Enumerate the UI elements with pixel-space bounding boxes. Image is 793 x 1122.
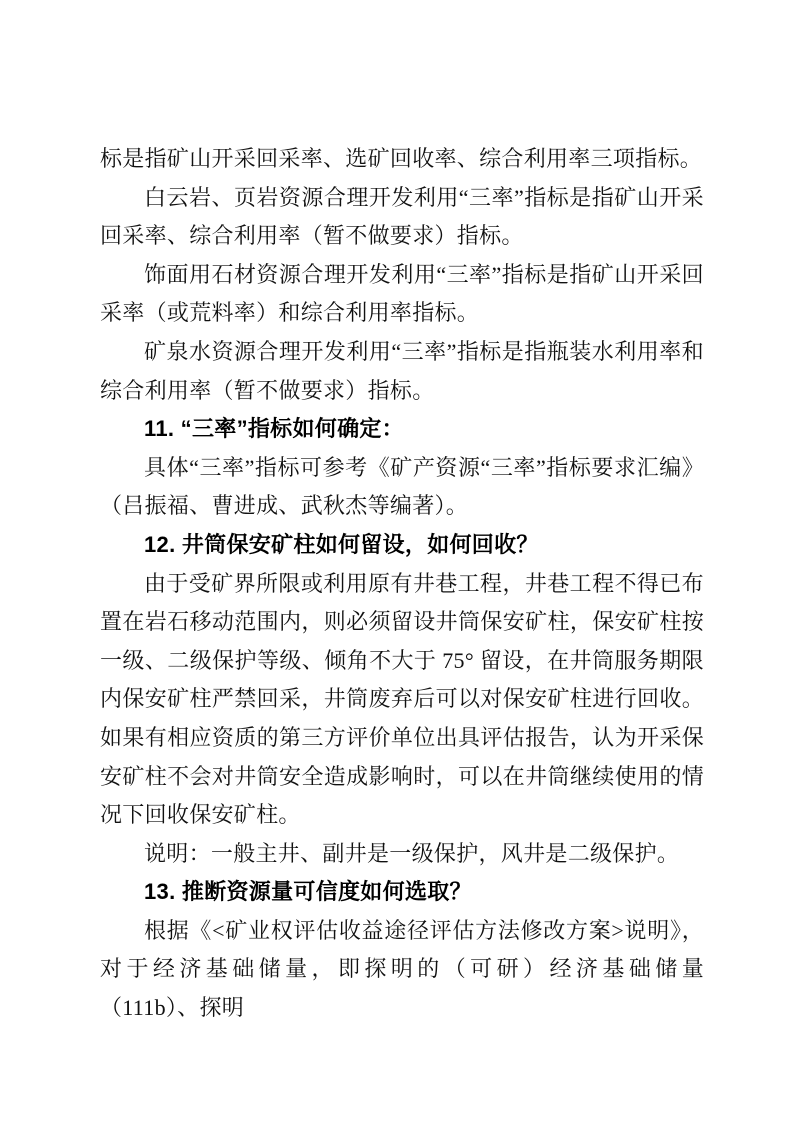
document-text-block: 标是指矿山开采回采率、选矿回收率、综合利用率三项指标。 白云岩、页岩资源合理开发… xyxy=(100,140,704,1028)
body-paragraph-shaft-pillar: 由于受矿界所限或利用原有井巷工程，井巷工程不得已布置在岩石移动范围内，则必须留设… xyxy=(100,565,704,835)
section-heading-13: 13. 推断资源量可信度如何选取？ xyxy=(100,873,704,912)
body-paragraph-facing-stone: 饰面用石材资源合理开发利用“三率”指标是指矿山开采回采率（或荒料率）和综合利用率… xyxy=(100,256,704,333)
section-heading-11: 11. “三率”指标如何确定： xyxy=(100,410,704,449)
body-paragraph-dolomite-shale: 白云岩、页岩资源合理开发利用“三率”指标是指矿山开采回采率、综合利用率（暂不做要… xyxy=(100,179,704,256)
body-paragraph-reference-book: 具体“三率”指标可参考《矿产资源“三率”指标要求汇编》（吕振福、曹进成、武秋杰等… xyxy=(100,449,704,526)
body-paragraph-shaft-note: 说明：一般主井、副井是一级保护，风井是二级保护。 xyxy=(100,835,704,874)
body-paragraph-mineral-water: 矿泉水资源合理开发利用“三率”指标是指瓶装水利用率和综合利用率（暂不做要求）指标… xyxy=(100,333,704,410)
document-page: 标是指矿山开采回采率、选矿回收率、综合利用率三项指标。 白云岩、页岩资源合理开发… xyxy=(0,0,793,1122)
section-heading-12: 12. 井筒保安矿柱如何留设，如何回收？ xyxy=(100,526,704,565)
body-paragraph-inferred-resources: 根据《<矿业权评估收益途径评估方法修改方案>说明》，对于经济基础储量，即探明的（… xyxy=(100,912,704,1028)
body-paragraph-continuation: 标是指矿山开采回采率、选矿回收率、综合利用率三项指标。 xyxy=(100,140,704,179)
